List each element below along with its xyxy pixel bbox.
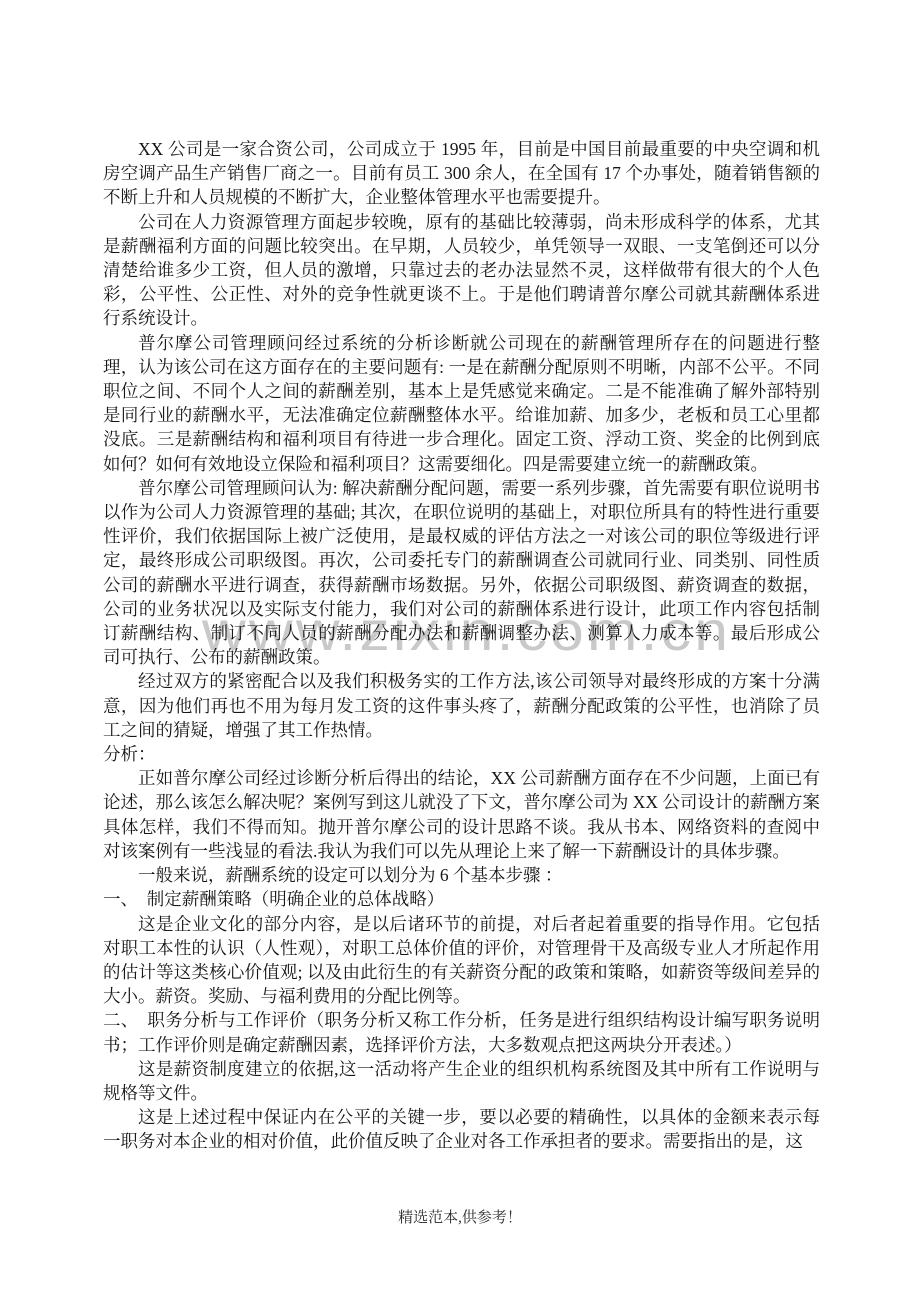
paragraph: 普尔摩公司管理顾问认为: 解决薪酬分配问题，需要一系列步骤，首先需要有职位说明书…: [103, 476, 820, 670]
paragraph: 普尔摩公司管理顾问经过系统的分析诊断就公司现在的薪酬管理所存在的问题进行整理，认…: [103, 331, 820, 476]
paragraph: 一、 制定薪酬策略（明确企业的总体战略）: [103, 887, 820, 911]
paragraph: 分析：: [103, 742, 820, 766]
document-body: XX 公司是一家合资公司，公司成立于 1995 年，目前是中国目前最重要的中央空…: [103, 137, 820, 1154]
paragraph: 这是薪资制度建立的依据,这一活动将产生企业的组织机构系统图及其中所有工作说明与规…: [103, 1057, 820, 1105]
page-footer: 精选范本,供参考！: [0, 1206, 920, 1227]
document-page: www.zixin.com.cn XX 公司是一家合资公司，公司成立于 1995…: [0, 0, 920, 1302]
paragraph: 正如普尔摩公司经过诊断分析后得出的结论，XX 公司薪酬方面存在不少问题，上面已有…: [103, 766, 820, 863]
paragraph: 一般来说，薪酬系统的设定可以划分为 6 个基本步骤 ：: [103, 863, 820, 887]
paragraph: 这是企业文化的部分内容，是以后诸环节的前提，对后者起着重要的指导作用。它包括对职…: [103, 912, 820, 1009]
paragraph: XX 公司是一家合资公司，公司成立于 1995 年，目前是中国目前最重要的中央空…: [103, 137, 820, 210]
paragraph: 二、 职务分析与工作评价（职务分析又称工作分析，任务是进行组织结构设计编写职务说…: [103, 1008, 820, 1056]
paragraph: 经过双方的紧密配合以及我们积极务实的工作方法,该公司领导对最终形成的方案十分满意…: [103, 669, 820, 742]
paragraph: 公司在人力资源管理方面起步较晚，原有的基础比较薄弱，尚未形成科学的体系，尤其是薪…: [103, 210, 820, 331]
paragraph: 这是上述过程中保证内在公平的关键一步，要以必要的精确性，以具体的金额来表示每一职…: [103, 1105, 820, 1153]
